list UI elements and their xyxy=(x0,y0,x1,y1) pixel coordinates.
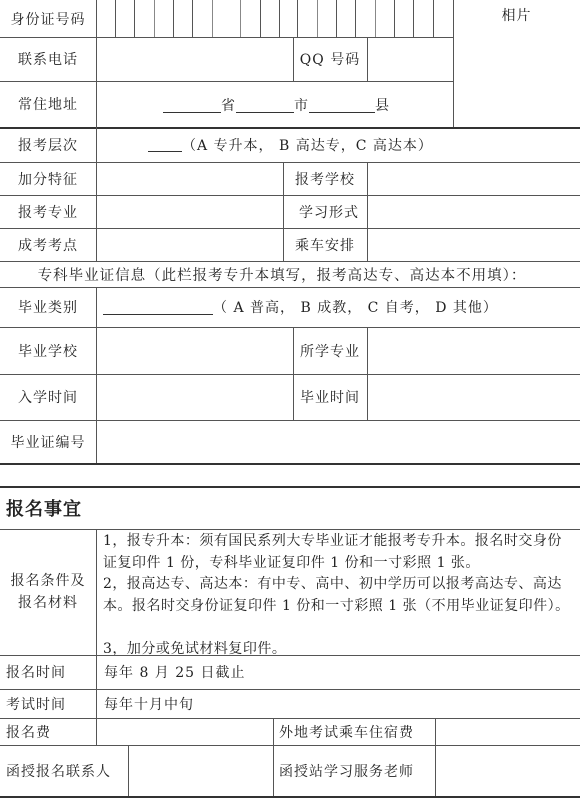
category-row: （ A 普高， B 成教， C 自考， D 其他） xyxy=(96,287,580,327)
fee-label: 报名费 xyxy=(0,718,96,745)
category-options: （ A 普高， B 成教， C 自考， D 其他） xyxy=(213,297,498,317)
level-label: 报考层次 xyxy=(0,127,96,162)
id-number-label: 身份证号码 xyxy=(0,0,96,37)
level-options: （A 专升本， B 高达专，C 高达本） xyxy=(182,135,433,155)
conditions-text: 1，报专升本：须有国民系列大专毕业证才能报考专升本。报名时交身份 证复印件 1 … xyxy=(103,531,580,660)
fee-input[interactable] xyxy=(97,719,273,745)
deadline-value: 每年 8 月 25 日截止 xyxy=(96,655,580,689)
study-mode-label: 学习形式 xyxy=(287,195,371,228)
enroll-date-label: 入学时间 xyxy=(0,374,96,420)
province-suffix: 省 xyxy=(221,95,236,115)
transport-label: 乘车安排 xyxy=(283,228,367,261)
registration-info-title: 报名事宜 xyxy=(0,490,300,526)
deadline-label: 报名时间 xyxy=(0,655,96,689)
category-input[interactable] xyxy=(103,300,213,315)
school-label: 报考学校 xyxy=(283,162,367,195)
conditions-label: 报名条件及 报名材料 xyxy=(0,529,96,655)
province-input[interactable] xyxy=(163,98,221,113)
studied-major-label: 所学专业 xyxy=(293,327,367,374)
id-number-input[interactable] xyxy=(97,0,453,37)
travel-fee-label: 外地考试乘车住宿费 xyxy=(273,718,435,745)
photo-area[interactable] xyxy=(454,28,580,126)
city-suffix: 市 xyxy=(294,95,309,115)
study-mode-input[interactable] xyxy=(368,196,580,228)
exam-site-input[interactable] xyxy=(97,229,283,261)
grad-date-label: 毕业时间 xyxy=(293,374,367,420)
tutor-label: 函授站学习服务老师 xyxy=(273,745,435,797)
bonus-label: 加分特征 xyxy=(0,162,96,195)
level-input[interactable] xyxy=(148,137,182,152)
exam-site-label: 成考考点 xyxy=(0,228,96,261)
school-input[interactable] xyxy=(368,163,580,195)
qq-input[interactable] xyxy=(368,38,453,81)
major-label: 报考专业 xyxy=(0,195,96,228)
category-label: 毕业类别 xyxy=(0,287,96,327)
exam-time-value: 每年十月中旬 xyxy=(96,689,580,718)
enroll-date-input[interactable] xyxy=(97,375,293,420)
grad-school-input[interactable] xyxy=(97,328,293,374)
exam-time-label: 考试时间 xyxy=(0,689,96,718)
level-row: （A 专升本， B 高达专，C 高达本） xyxy=(96,127,580,162)
county-suffix: 县 xyxy=(375,95,390,115)
address-row: 省市县 xyxy=(96,81,453,127)
diploma-section-header: 专科毕业证信息（此栏报考专升本填写，报考高达专、高达本不用填）： xyxy=(0,261,580,287)
contact-label: 函授报名联系人 xyxy=(0,745,128,797)
travel-fee-input[interactable] xyxy=(436,719,580,745)
contact-input[interactable] xyxy=(129,746,273,797)
phone-input[interactable] xyxy=(97,38,293,81)
grad-date-input[interactable] xyxy=(368,375,580,420)
qq-label: QQ 号码 xyxy=(293,37,367,81)
address-label: 常住地址 xyxy=(0,81,96,127)
studied-major-input[interactable] xyxy=(368,328,580,374)
county-input[interactable] xyxy=(309,98,375,113)
cert-number-input[interactable] xyxy=(97,421,580,463)
city-input[interactable] xyxy=(236,98,294,113)
transport-input[interactable] xyxy=(368,229,580,261)
bonus-input[interactable] xyxy=(97,163,283,195)
major-input[interactable] xyxy=(97,196,283,228)
grad-school-label: 毕业学校 xyxy=(0,327,96,374)
tutor-input[interactable] xyxy=(436,746,580,797)
photo-label: 相片 xyxy=(453,4,580,26)
cert-number-label: 毕业证编号 xyxy=(0,420,96,463)
phone-label: 联系电话 xyxy=(0,37,96,81)
